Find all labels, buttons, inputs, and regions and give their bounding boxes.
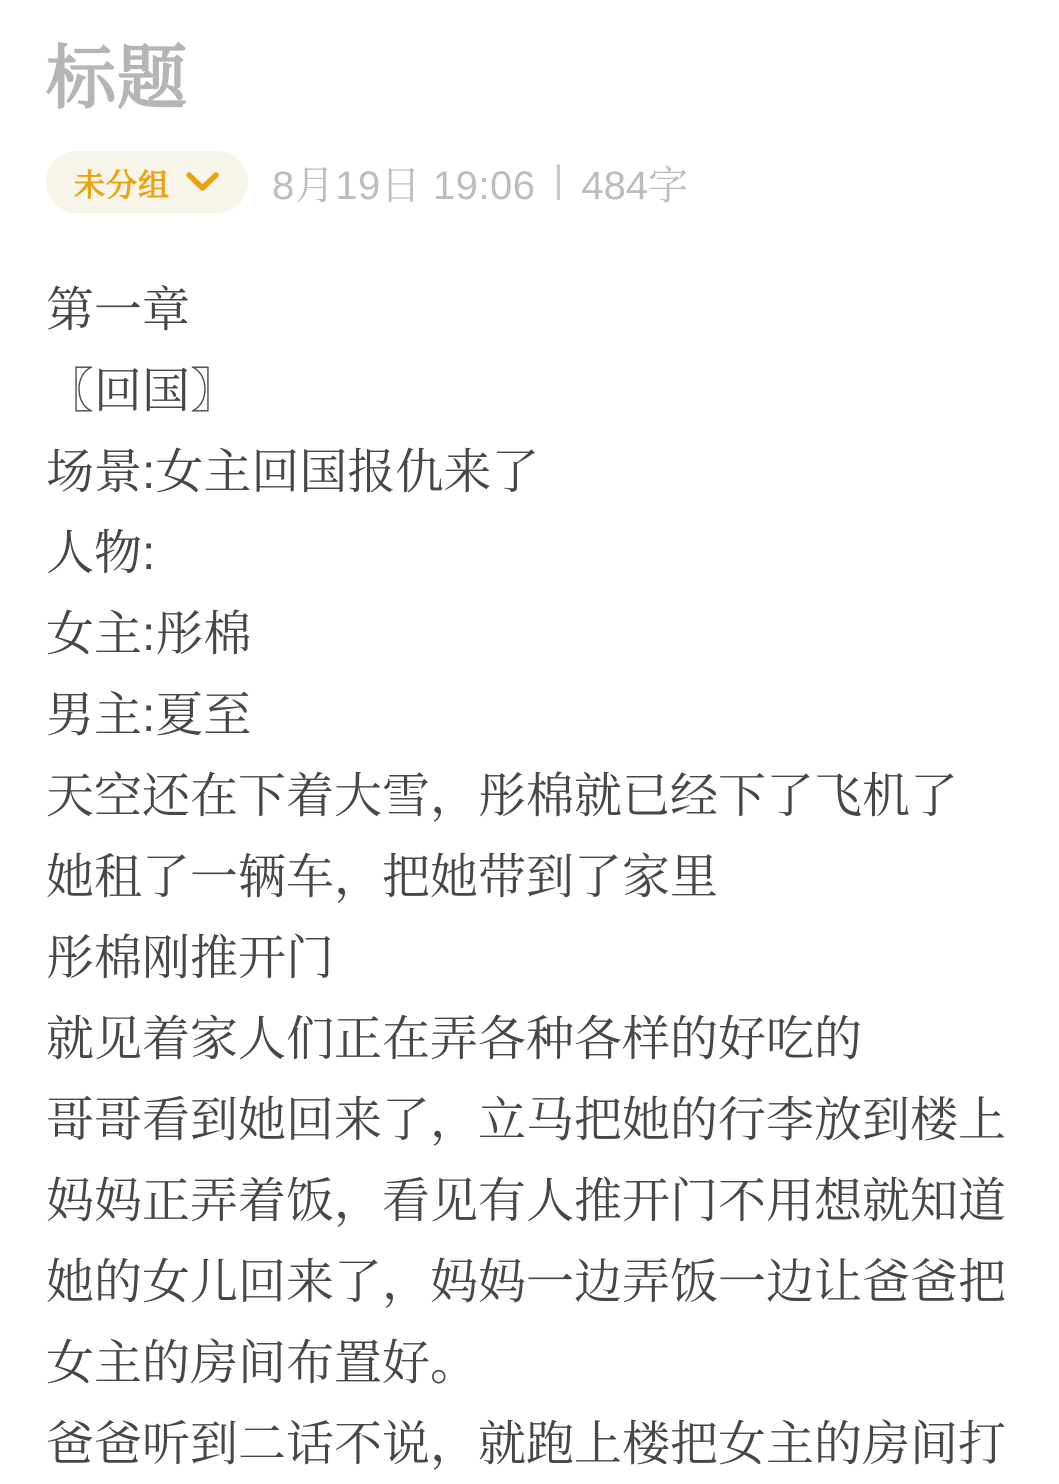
note-meta-info: 8月19日 19:06 | 484字 xyxy=(272,154,688,211)
note-body-editor[interactable]: 第一章 〖回国〗 场景:女主回国报仇来了 人物: 女主:彤棉 男主:夏至 天空还… xyxy=(46,270,1013,1484)
meta-divider: | xyxy=(553,159,563,202)
paragraph[interactable]: 天空还在下着大雪，彤棉就已经下了飞机了 xyxy=(46,756,1013,837)
paragraph[interactable]: 她租了一辆车，把她带到了家里 xyxy=(46,837,1013,918)
paragraph[interactable]: 场景:女主回国报仇来了 xyxy=(46,432,1013,513)
paragraph[interactable]: 第一章 xyxy=(46,270,1013,351)
paragraph[interactable]: 人物: xyxy=(46,513,1013,594)
group-label: 未分组 xyxy=(74,160,170,205)
paragraph[interactable]: 男主:夏至 xyxy=(46,675,1013,756)
paragraph[interactable]: 彤棉刚推开门 xyxy=(46,918,1013,999)
chevron-down-icon xyxy=(185,171,220,193)
paragraph[interactable]: 爸爸听到二话不说，就跑上楼把女主的房间打 xyxy=(46,1404,1013,1484)
note-editor-page: 标题 未分组 8月19日 19:06 | 484字 第一章 〖回国〗 场景:女主… xyxy=(0,0,1059,1484)
note-date: 8月19日 19:06 xyxy=(272,154,535,211)
paragraph[interactable]: 就见着家人们正在弄各种各样的好吃的 xyxy=(46,999,1013,1080)
paragraph[interactable]: 女主:彤棉 xyxy=(46,594,1013,675)
word-count: 484字 xyxy=(581,154,688,211)
paragraph[interactable]: 〖回国〗 xyxy=(46,351,1013,432)
paragraph[interactable]: 哥哥看到她回来了，立马把她的行李放到楼上 xyxy=(46,1080,1013,1161)
note-title-input[interactable]: 标题 xyxy=(46,40,1013,116)
group-selector-badge[interactable]: 未分组 xyxy=(46,151,248,213)
paragraph[interactable]: 妈妈正弄着饭，看见有人推开门不用想就知道她的女儿回来了，妈妈一边弄饭一边让爸爸把… xyxy=(46,1161,1013,1404)
note-meta-row: 未分组 8月19日 19:06 | 484字 xyxy=(46,151,1013,213)
